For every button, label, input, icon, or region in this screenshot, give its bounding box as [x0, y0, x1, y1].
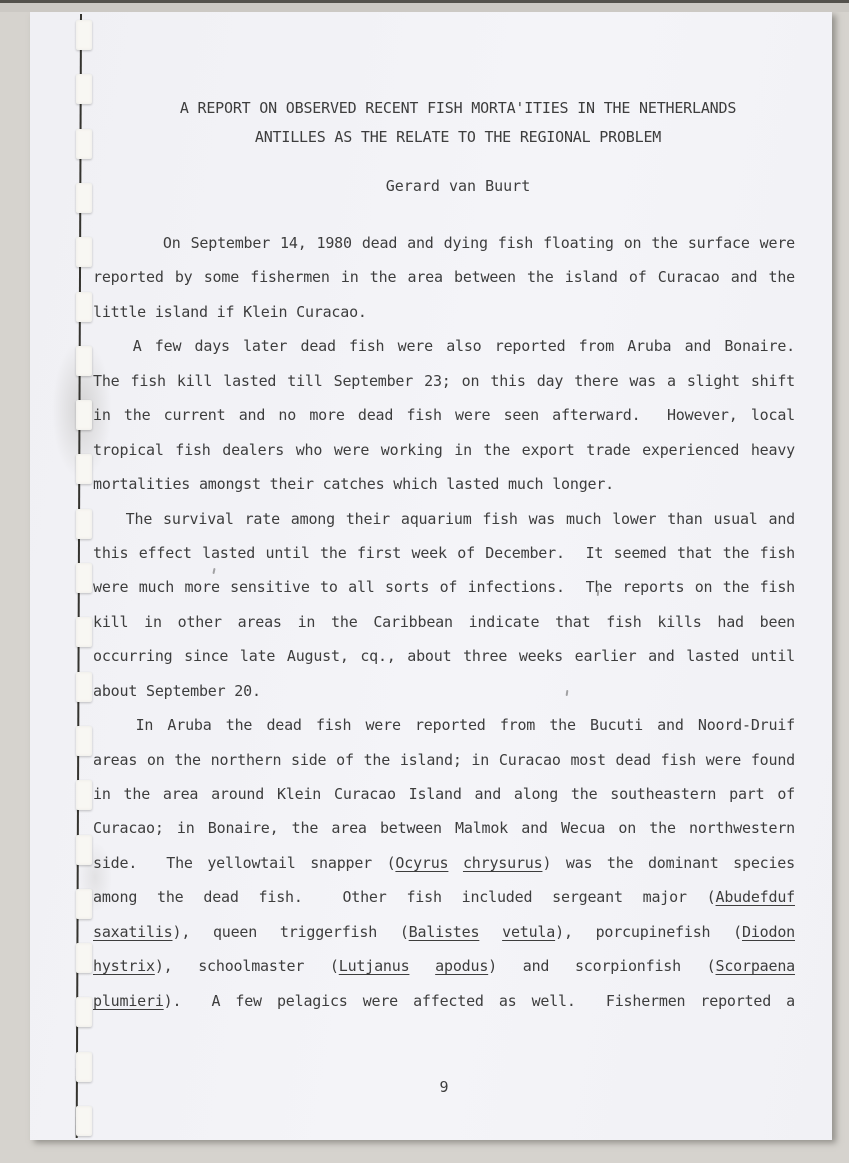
text-segment: A few days later dead fish were also rep… — [93, 337, 795, 355]
binding-hole — [76, 835, 92, 865]
text-line: A few days later dead fish were also rep… — [93, 329, 795, 363]
text-segment: among the dead fish. Other fish included… — [93, 888, 716, 906]
species-name-underlined: Ocyrus — [395, 854, 448, 872]
text-segment: in the current and no more dead fish wer… — [93, 406, 795, 424]
report-author: Gerard van Buurt — [93, 172, 809, 201]
text-segment: ), queen triggerfish ( — [172, 923, 408, 941]
text-segment: On September 14, 1980 dead and dying fis… — [93, 234, 795, 252]
binding-hole — [76, 292, 92, 322]
text-segment: little island if Klein Curacao. — [93, 303, 367, 321]
species-name-underlined: saxatilis — [93, 923, 172, 941]
binding-hole — [76, 943, 92, 973]
page-number: 9 — [93, 1070, 795, 1104]
binding-hole — [76, 454, 92, 484]
binding-hole — [76, 889, 92, 919]
text-line: plumieri). A few pelagics were affected … — [93, 984, 795, 1018]
text-segment: The fish kill lasted till September 23; … — [93, 372, 795, 390]
binding-hole — [76, 400, 92, 430]
text-segment: were much more sensitive to all sorts of… — [93, 578, 795, 596]
binding-hole — [76, 183, 92, 213]
text-line: this effect lasted until the first week … — [93, 536, 795, 570]
text-line: Curacao; in Bonaire, the area between Ma… — [93, 811, 795, 845]
report-body: On September 14, 1980 dead and dying fis… — [93, 226, 795, 1018]
scanner-edge-band — [0, 3, 849, 12]
scanned-page-background: { "page": { "scan_background_color": "#d… — [0, 0, 849, 1163]
species-name-underlined: chrysurus — [463, 854, 542, 872]
species-name-underlined: Abudefduf — [716, 888, 795, 906]
species-name-underlined: plumieri — [93, 992, 164, 1010]
text-segment: mortalities amongst their catches which … — [93, 475, 614, 493]
species-name-underlined: apodus — [435, 957, 488, 975]
report-page: A REPORT ON OBSERVED RECENT FISH MORTA'I… — [30, 12, 832, 1140]
binding-hole — [76, 997, 92, 1027]
text-segment: The survival rate among their aquarium f… — [93, 510, 795, 528]
text-segment: ), schoolmaster ( — [155, 957, 339, 975]
text-line: in the current and no more dead fish wer… — [93, 398, 795, 432]
species-name-underlined: Lutjanus — [339, 957, 410, 975]
text-segment: reported by some fishermen in the area b… — [93, 268, 795, 286]
text-segment: ) and scorpionfish ( — [488, 957, 715, 975]
binding-hole — [76, 74, 92, 104]
text-line: tropical fish dealers who were working i… — [93, 433, 795, 467]
text-line: side. The yellowtail snapper (Ocyrus chr… — [93, 846, 795, 880]
text-segment: ). A few pelagics were affected as well.… — [164, 992, 795, 1010]
report-title-line-1: A REPORT ON OBSERVED RECENT FISH MORTA'I… — [107, 94, 809, 123]
text-segment — [409, 957, 435, 975]
text-segment: Curacao; in Bonaire, the area between Ma… — [93, 819, 795, 837]
report-title: A REPORT ON OBSERVED RECENT FISH MORTA'I… — [93, 94, 809, 152]
text-line: saxatilis), queen triggerfish (Balistes … — [93, 915, 795, 949]
text-segment: areas on the northern side of the island… — [93, 751, 795, 769]
text-line: about September 20. — [93, 674, 795, 708]
text-line: On September 14, 1980 dead and dying fis… — [93, 226, 795, 260]
binding-hole — [76, 509, 92, 539]
text-segment: In Aruba the dead fish were reported fro… — [93, 716, 795, 734]
report-title-line-2: ANTILLES AS THE RELATE TO THE REGIONAL P… — [107, 123, 809, 152]
species-name-underlined: vetula — [502, 923, 555, 941]
text-segment: ) was the dominant species — [542, 854, 795, 872]
text-line: areas on the northern side of the island… — [93, 743, 795, 777]
text-segment: kill in other areas in the Caribbean ind… — [93, 613, 795, 631]
binding-hole — [76, 1106, 92, 1136]
text-line: in the area around Klein Curacao Island … — [93, 777, 795, 811]
text-segment: about September 20. — [93, 682, 261, 700]
text-line: occurring since late August, cq., about … — [93, 639, 795, 673]
binding-hole — [76, 726, 92, 756]
binding-hole — [76, 237, 92, 267]
text-line: The fish kill lasted till September 23; … — [93, 364, 795, 398]
text-segment: ), porcupinefish ( — [555, 923, 742, 941]
species-name-underlined: Scorpaena — [716, 957, 795, 975]
text-line: The survival rate among their aquarium f… — [93, 502, 795, 536]
binding-hole — [76, 346, 92, 376]
text-line: In Aruba the dead fish were reported fro… — [93, 708, 795, 742]
text-line: little island if Klein Curacao. — [93, 295, 795, 329]
binding-hole — [76, 563, 92, 593]
text-segment: in the area around Klein Curacao Island … — [93, 785, 795, 803]
text-segment: this effect lasted until the first week … — [93, 544, 795, 562]
text-line: among the dead fish. Other fish included… — [93, 880, 795, 914]
text-segment: side. The yellowtail snapper ( — [93, 854, 395, 872]
text-segment: occurring since late August, cq., about … — [93, 647, 795, 665]
text-line: hystrix), schoolmaster (Lutjanus apodus)… — [93, 949, 795, 983]
binding-hole — [76, 1052, 92, 1082]
text-segment — [479, 923, 502, 941]
text-segment: tropical fish dealers who were working i… — [93, 441, 795, 459]
binding-hole — [76, 20, 92, 50]
text-segment — [448, 854, 463, 872]
binding-hole — [76, 617, 92, 647]
binding-hole — [76, 780, 92, 810]
text-line: kill in other areas in the Caribbean ind… — [93, 605, 795, 639]
text-line: mortalities amongst their catches which … — [93, 467, 795, 501]
binding-hole — [76, 672, 92, 702]
text-line: were much more sensitive to all sorts of… — [93, 570, 795, 604]
binding-hole — [76, 129, 92, 159]
text-line: reported by some fishermen in the area b… — [93, 260, 795, 294]
scanner-edge-line — [0, 0, 849, 3]
species-name-underlined: hystrix — [93, 957, 155, 975]
species-name-underlined: Balistes — [409, 923, 480, 941]
species-name-underlined: Diodon — [742, 923, 795, 941]
